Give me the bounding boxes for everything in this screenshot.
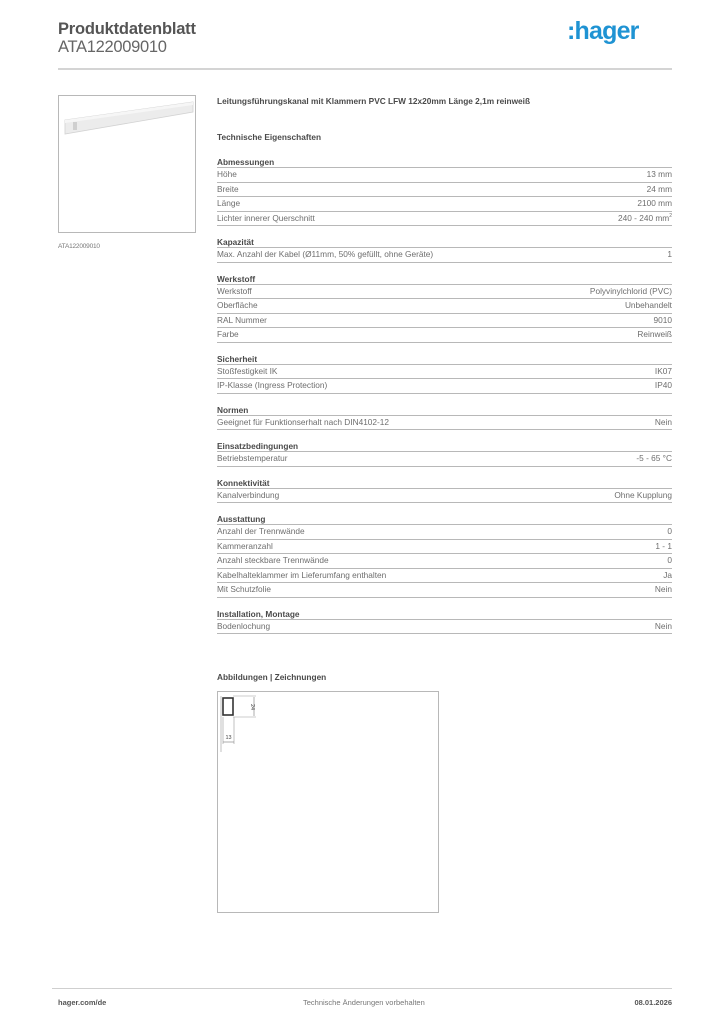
section-abmessungen: AbmessungenHöhe13 mmBreite24 mmLänge2100… (217, 157, 672, 226)
property-row: Länge2100 mm (217, 197, 672, 212)
technical-properties-heading: Technische Eigenschaften (217, 131, 672, 143)
property-row: IP-Klasse (Ingress Protection)IP40 (217, 379, 672, 394)
footer-notice: Technische Änderungen vorbehalten (303, 998, 425, 1007)
property-value: 0 (667, 554, 672, 568)
property-label: Stoßfestigkeit IK (217, 365, 277, 379)
image-caption: ATA122009010 (58, 243, 100, 250)
property-value: 13 mm (647, 168, 672, 182)
property-row: FarbeReinweiß (217, 328, 672, 343)
property-label: Bodenlochung (217, 620, 270, 634)
property-label: Mit Schutzfolie (217, 583, 271, 597)
section-title: Installation, Montage (217, 609, 672, 620)
property-label: Anzahl der Trennwände (217, 525, 305, 539)
product-code: ATA122009010 (58, 38, 167, 57)
property-value: Nein (655, 416, 672, 430)
section-kapazität: KapazitätMax. Anzahl der Kabel (Ø11mm, 5… (217, 237, 672, 263)
property-row: Betriebstemperatur-5 - 65 °C (217, 452, 672, 467)
property-value: Reinweiß (637, 328, 672, 342)
property-row: Lichter innerer Querschnitt240 - 240 mm2 (217, 212, 672, 227)
section-title: Abmessungen (217, 157, 672, 168)
property-value: Ja (663, 569, 672, 583)
property-value-text: Polyvinylchlorid (PVC) (590, 286, 672, 296)
property-label: Kammeranzahl (217, 540, 273, 554)
property-value: IK07 (655, 365, 672, 379)
property-row: WerkstoffPolyvinylchlorid (PVC) (217, 285, 672, 300)
main-content: Leitungsführungskanal mit Klammern PVC L… (217, 95, 672, 645)
product-image (58, 95, 196, 233)
section-normen: NormenGeeignet für Funktionserhalt nach … (217, 405, 672, 431)
property-label: Max. Anzahl der Kabel (Ø11mm, 50% gefüll… (217, 248, 433, 262)
section-ausstattung: AusstattungAnzahl der Trennwände0Kammera… (217, 514, 672, 598)
cross-section-drawing: 24 13 (218, 692, 438, 912)
section-title: Werkstoff (217, 274, 672, 285)
hager-logo: :hager (567, 16, 639, 46)
property-value-text: 0 (667, 555, 672, 565)
property-value: Nein (655, 583, 672, 597)
drawings-heading: Abbildungen | Zeichnungen (217, 672, 326, 682)
section-title: Normen (217, 405, 672, 416)
property-value: 0 (667, 525, 672, 539)
property-row: Anzahl der Trennwände0 (217, 525, 672, 540)
property-value: 24 mm (647, 183, 672, 197)
technical-drawing: 24 13 (217, 691, 439, 913)
property-row: Kabelhalteklammer im Lieferumfang enthal… (217, 569, 672, 584)
footer-website-link[interactable]: hager.com/de (58, 998, 106, 1007)
section-title: Kapazität (217, 237, 672, 248)
property-value: 240 - 240 mm2 (618, 212, 672, 226)
property-label: RAL Nummer (217, 314, 267, 328)
property-value-text: Nein (655, 584, 672, 594)
property-value: IP40 (655, 379, 672, 393)
section-einsatzbedingungen: EinsatzbedingungenBetriebstemperatur-5 -… (217, 441, 672, 467)
property-value: Ohne Kupplung (614, 489, 672, 503)
section-werkstoff: WerkstoffWerkstoffPolyvinylchlorid (PVC)… (217, 274, 672, 343)
property-value-text: Unbehandelt (625, 300, 672, 310)
property-value-text: 9010 (654, 315, 672, 325)
property-label: Lichter innerer Querschnitt (217, 212, 315, 226)
property-label: Geeignet für Funktionserhalt nach DIN410… (217, 416, 389, 430)
section-konnektivität: KonnektivitätKanalverbindungOhne Kupplun… (217, 478, 672, 504)
property-value-text: Nein (655, 621, 672, 631)
section-sicherheit: SicherheitStoßfestigkeit IKIK07IP-Klasse… (217, 354, 672, 394)
property-value-text: IK07 (655, 366, 672, 376)
property-value-text: Ja (663, 570, 672, 580)
property-value-text: 1 (667, 249, 672, 259)
property-value: 2100 mm (637, 197, 672, 211)
property-row: Breite24 mm (217, 183, 672, 198)
property-value-text: IP40 (655, 380, 672, 390)
footer-date: 08.01.2026 (634, 998, 672, 1007)
svg-text:24: 24 (249, 704, 255, 710)
property-row: KanalverbindungOhne Kupplung (217, 489, 672, 504)
property-label: Länge (217, 197, 240, 211)
property-label: Breite (217, 183, 239, 197)
property-row: Anzahl steckbare Trennwände0 (217, 554, 672, 569)
section-title: Einsatzbedingungen (217, 441, 672, 452)
property-value-text: 0 (667, 526, 672, 536)
property-row: Kammeranzahl1 - 1 (217, 540, 672, 555)
property-label: Betriebstemperatur (217, 452, 288, 466)
property-value: Polyvinylchlorid (PVC) (590, 285, 672, 299)
property-value-text: -5 - 65 °C (636, 453, 672, 463)
property-value-text: 240 - 240 mm (618, 213, 669, 223)
property-label: IP-Klasse (Ingress Protection) (217, 379, 327, 393)
property-row: Stoßfestigkeit IKIK07 (217, 365, 672, 380)
header-divider (58, 68, 672, 70)
property-value: 1 - 1 (655, 540, 672, 554)
unit-superscript: 2 (669, 213, 672, 219)
property-value-text: 2100 mm (637, 198, 672, 208)
property-label: Werkstoff (217, 285, 252, 299)
property-row: Max. Anzahl der Kabel (Ø11mm, 50% gefüll… (217, 248, 672, 263)
property-value-text: Ohne Kupplung (614, 490, 672, 500)
section-title: Konnektivität (217, 478, 672, 489)
property-row: BodenlochungNein (217, 620, 672, 635)
property-row: Mit SchutzfolieNein (217, 583, 672, 598)
section-title: Sicherheit (217, 354, 672, 365)
section-installation-montage: Installation, MontageBodenlochungNein (217, 609, 672, 635)
property-value: Unbehandelt (625, 299, 672, 313)
property-label: Farbe (217, 328, 239, 342)
property-label: Kabelhalteklammer im Lieferumfang enthal… (217, 569, 386, 583)
document-title: Produktdatenblatt (58, 20, 196, 39)
property-value-text: 24 mm (647, 184, 672, 194)
property-row: OberflächeUnbehandelt (217, 299, 672, 314)
cable-duct-illustration (59, 96, 195, 232)
property-value: 9010 (654, 314, 672, 328)
footer-divider (52, 988, 672, 989)
property-row: Geeignet für Funktionserhalt nach DIN410… (217, 416, 672, 431)
product-description: Leitungsführungskanal mit Klammern PVC L… (217, 95, 672, 107)
property-value-text: Reinweiß (637, 329, 672, 339)
property-value-text: Nein (655, 417, 672, 427)
property-value: Nein (655, 620, 672, 634)
section-title: Ausstattung (217, 514, 672, 525)
property-value-text: 1 - 1 (655, 541, 672, 551)
property-label: Anzahl steckbare Trennwände (217, 554, 329, 568)
technical-sections: AbmessungenHöhe13 mmBreite24 mmLänge2100… (217, 157, 672, 634)
property-value: -5 - 65 °C (636, 452, 672, 466)
property-label: Höhe (217, 168, 237, 182)
property-row: Höhe13 mm (217, 168, 672, 183)
property-value-text: 13 mm (647, 169, 672, 179)
property-label: Kanalverbindung (217, 489, 279, 503)
property-row: RAL Nummer9010 (217, 314, 672, 329)
svg-text:13: 13 (225, 735, 231, 741)
property-label: Oberfläche (217, 299, 258, 313)
property-value: 1 (667, 248, 672, 262)
